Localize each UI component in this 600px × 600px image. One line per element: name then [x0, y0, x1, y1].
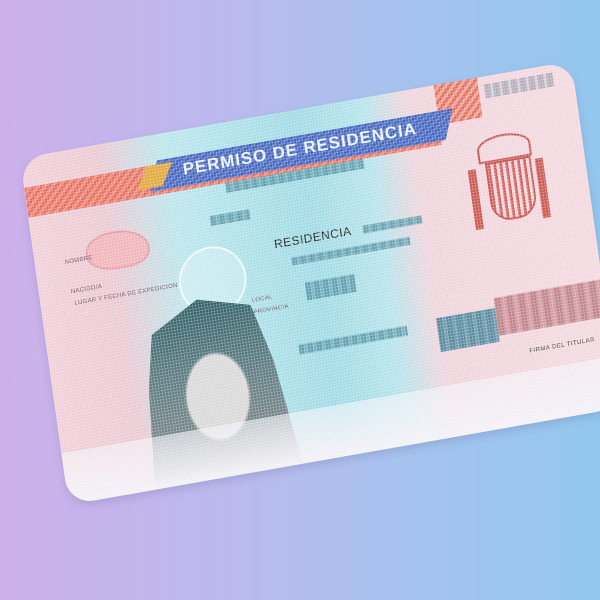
redacted-address — [305, 274, 357, 301]
redacted-field — [362, 215, 422, 233]
redacted-signature — [494, 279, 600, 336]
label-nacido: NACIDO/A — [71, 284, 103, 295]
label-provincia: PROVINCIA — [253, 304, 289, 316]
pillar-icon — [535, 157, 551, 218]
redacted-signature-part — [436, 308, 500, 352]
redacted-field — [210, 209, 251, 226]
redacted-number — [298, 326, 408, 355]
bull-icon — [83, 225, 151, 274]
spain-coat-of-arms-icon — [462, 127, 555, 240]
document-type: RESIDENCIA — [273, 224, 352, 251]
card-bottom-strip — [61, 356, 600, 505]
shield-icon — [485, 156, 539, 223]
redacted-id-number — [484, 72, 555, 98]
signature-label: FIRMA DEL TITULAR — [529, 337, 595, 354]
label-local: LOCAL — [251, 294, 273, 304]
pillar-icon — [468, 169, 484, 230]
label-nombre: NOMBRE — [64, 255, 93, 266]
residence-permit-card: PERMISO DE RESIDENCIA NOMBRE NACIDO/A LU… — [20, 61, 600, 505]
